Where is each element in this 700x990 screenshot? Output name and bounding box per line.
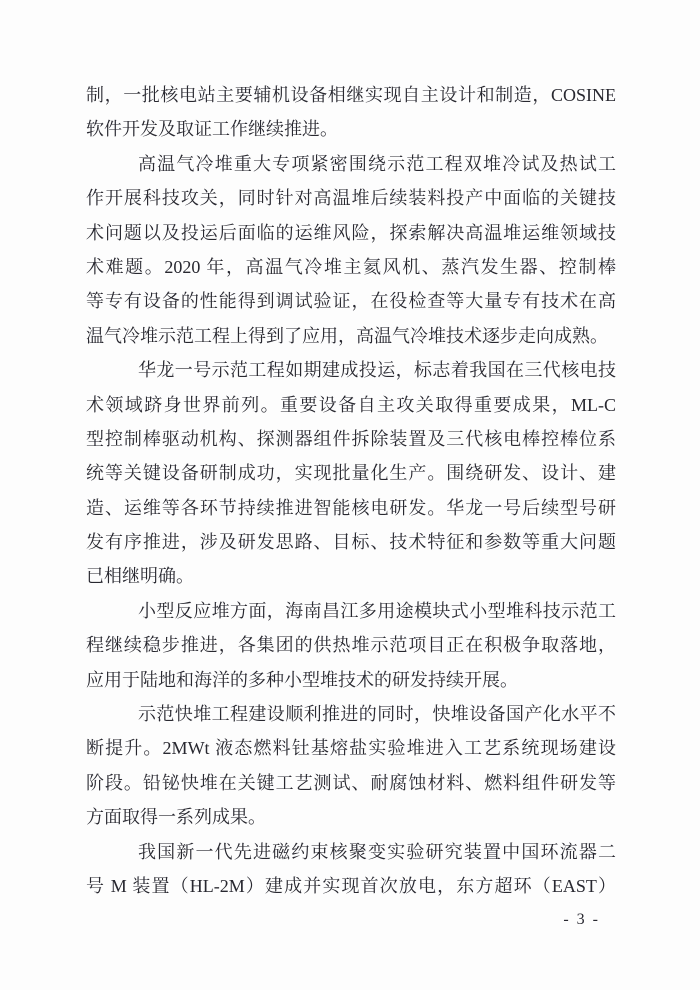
text-line: 示范快堆工程建设顺利推进的同时，快堆设备国产化水平不 [86,697,616,731]
text-line: 阶段。铅铋快堆在关键工艺测试、耐腐蚀材料、燃料组件研发等 [86,766,616,800]
text-line: 已相继明确。 [86,559,616,593]
text-line: 术问题以及投运后面临的运维风险，探索解决高温堆运维领域技 [86,216,616,250]
text-line: 统等关键设备研制成功，实现批量化生产。围绕研发、设计、建 [86,456,616,490]
document-page: 制，一批核电站主要辅机设备相继实现自主设计和制造，COSINE软件开发及取证工作… [0,0,700,990]
text-line: 发有序推进，涉及研发思路、目标、技术特征和参数等重大问题 [86,525,616,559]
text-line: 术领域跻身世界前列。重要设备自主攻关取得重要成果，ML-C [86,388,616,422]
text-line: 术难题。2020 年，高温气冷堆主氦风机、蒸汽发生器、控制棒 [86,250,616,284]
text-line: 温气冷堆示范工程上得到了应用，高温气冷堆技术逐步走向成熟。 [86,319,616,353]
text-line: 程继续稳步推进，各集团的供热堆示范项目正在积极争取落地， [86,628,616,662]
text-line: 软件开发及取证工作继续推进。 [86,112,616,146]
text-line: 高温气冷堆重大专项紧密围绕示范工程双堆冷试及热试工 [86,147,616,181]
text-line: 方面取得一系列成果。 [86,800,616,834]
document-body: 制，一批核电站主要辅机设备相继实现自主设计和制造，COSINE软件开发及取证工作… [86,78,616,903]
text-line: 等专有设备的性能得到调试验证，在役检查等大量专有技术在高 [86,284,616,318]
text-line: 我国新一代先进磁约束核聚变实验研究装置中国环流器二 [86,835,616,869]
text-line: 号 M 装置（HL-2M）建成并实现首次放电，东方超环（EAST） [86,869,616,903]
text-line: 型控制棒驱动机构、探测器组件拆除装置及三代核电棒控棒位系 [86,422,616,456]
text-line: 造、运维等各环节持续推进智能核电研发。华龙一号后续型号研 [86,491,616,525]
text-line: 小型反应堆方面，海南昌江多用途模块式小型堆科技示范工 [86,594,616,628]
text-line: 华龙一号示范工程如期建成投运，标志着我国在三代核电技 [86,353,616,387]
text-line: 制，一批核电站主要辅机设备相继实现自主设计和制造，COSINE [86,78,616,112]
text-line: 应用于陆地和海洋的多种小型堆技术的研发持续开展。 [86,663,616,697]
text-line: 断提升。2MWt 液态燃料钍基熔盐实验堆进入工艺系统现场建设 [86,731,616,765]
text-line: 作开展科技攻关，同时针对高温堆后续装料投产中面临的关键技 [86,181,616,215]
page-number: - 3 - [563,910,600,930]
